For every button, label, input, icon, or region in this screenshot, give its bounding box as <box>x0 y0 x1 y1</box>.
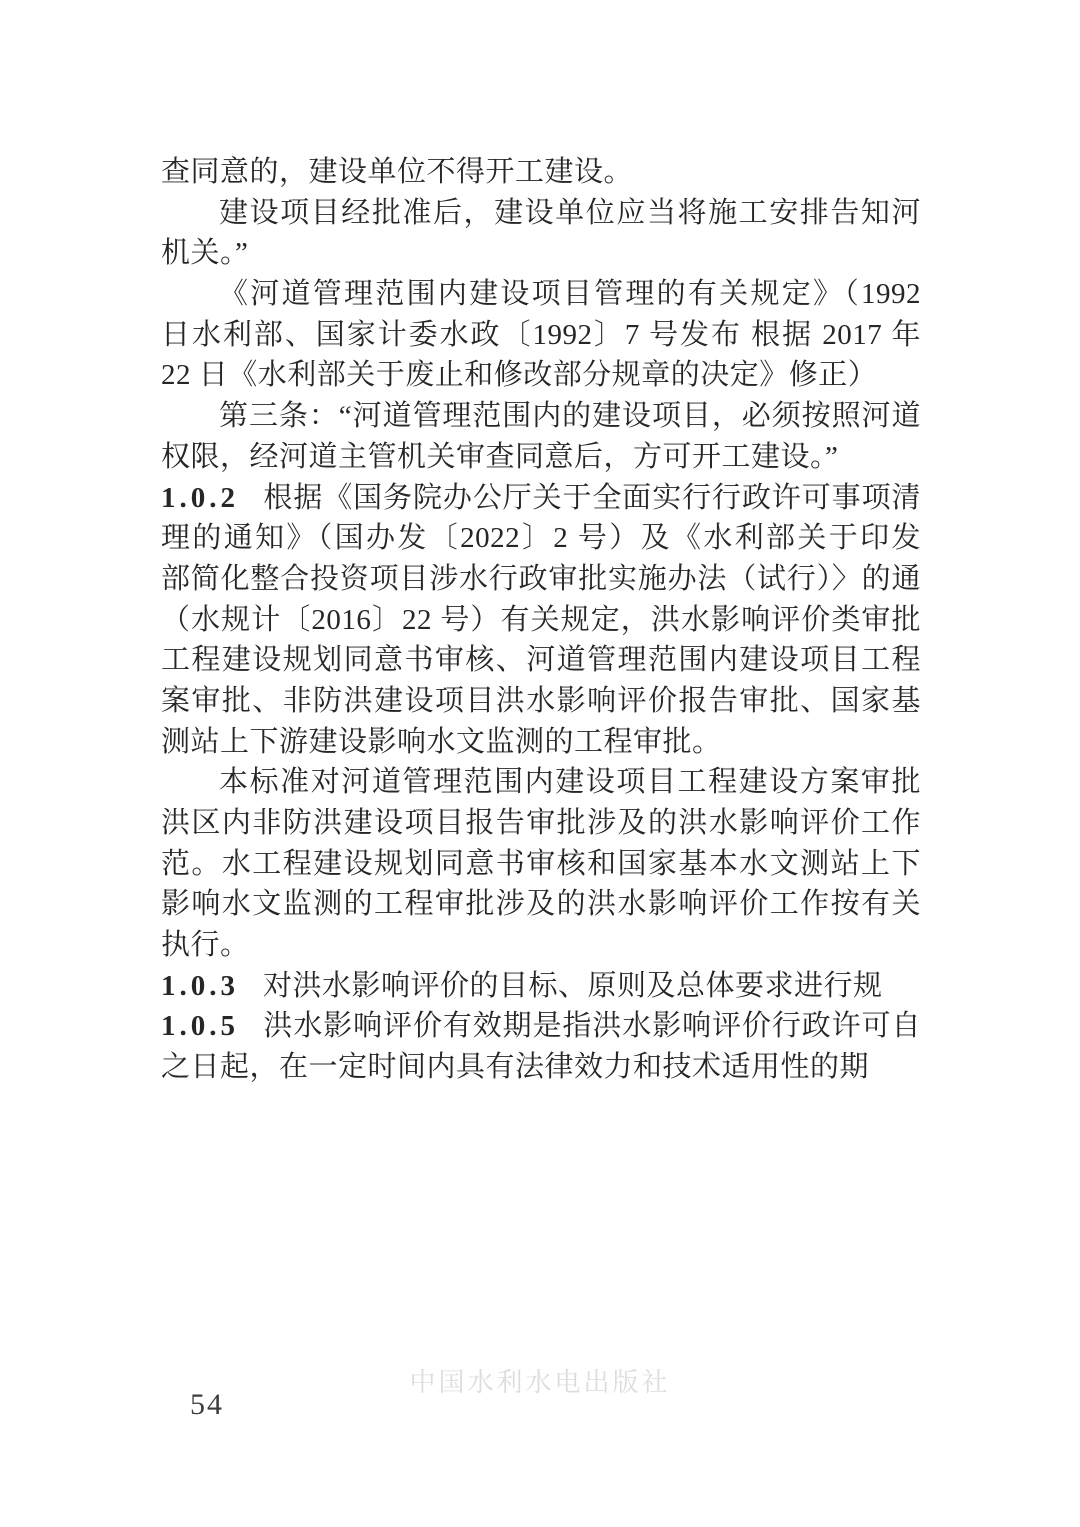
clause-text: 对洪水影响评价的目标、原则及总体要求进行规定。 <box>161 970 883 1007</box>
text-line: 测站上下游建设影响水文监测的工程审批。 <box>161 722 921 763</box>
text-line: （水规计〔2016〕22 号）有关规定，洪水影响评价类审批包括水 <box>161 600 921 641</box>
text-line: 理的通知》（国办发〔2022〕2 号）及《水利部关于印发〈水利 <box>161 518 921 559</box>
text-line: 建设项目经批准后，建设单位应当将施工安排告知河道主管 <box>161 193 921 234</box>
text-line: 执行。 <box>161 925 921 966</box>
text-line: 查同意的，建设单位不得开工建设。 <box>161 152 921 193</box>
text-line: 之日起，在一定时间内具有法律效力和技术适用性的期限。 <box>161 1047 921 1088</box>
text-line: 机关。” <box>161 233 921 274</box>
text-line: 部简化整合投资项目涉水行政审批实施办法（试行）〉的通知》 <box>161 559 921 600</box>
clause-number: 1.0.5 <box>161 1010 239 1042</box>
text-line: 本标准对河道管理范围内建设项目工程建设方案审批和蓄滞 <box>161 762 921 803</box>
text-line: 权限，经河道主管机关审查同意后，方可开工建设。” <box>161 437 921 478</box>
text-line: 第三条：“河道管理范围内的建设项目，必须按照河道管理 <box>161 396 921 437</box>
text-line: 影响水文监测的工程审批涉及的洪水影响评价工作按有关规定 <box>161 884 921 925</box>
clause-number: 1.0.2 <box>161 482 239 514</box>
text-line: 1.0.2根据《国务院办公厅关于全面实行行政许可事项清单管 <box>161 478 921 519</box>
text-line: 案审批、非防洪建设项目洪水影响评价报告审批、国家基本水文 <box>161 681 921 722</box>
page-number: 54 <box>190 1388 224 1422</box>
text-line: 1.0.3对洪水影响评价的目标、原则及总体要求进行规定。 <box>161 966 921 1007</box>
text-line: 工程建设规划同意书审核、河道管理范围内建设项目工程建设方 <box>161 640 921 681</box>
text-line: 日水利部、国家计委水政〔1992〕7 号发布 根据 2017 年 12 月 <box>161 315 921 356</box>
text-line: 范。水工程建设规划同意书审核和国家基本水文测站上下游建设 <box>161 844 921 885</box>
text-line: 洪区内非防洪建设项目报告审批涉及的洪水影响评价工作进行规 <box>161 803 921 844</box>
clause-text: 根据《国务院办公厅关于全面实行行政许可事项清单管 <box>161 482 921 519</box>
text-line: 《河道管理范围内建设项目管理的有关规定》（1992 年 4 月 3 <box>161 274 921 315</box>
document-page: 查同意的，建设单位不得开工建设。建设项目经批准后，建设单位应当将施工安排告知河道… <box>0 0 1080 1527</box>
text-line: 22 日《水利部关于废止和修改部分规章的决定》修正） <box>161 355 921 396</box>
publisher-watermark: 中国水利水电出版社 <box>0 1362 1080 1399</box>
text-line: 1.0.5洪水影响评价有效期是指洪水影响评价行政许可自批准 <box>161 1006 921 1047</box>
clause-text: 洪水影响评价有效期是指洪水影响评价行政许可自批准 <box>161 1010 921 1047</box>
document-body: 查同意的，建设单位不得开工建设。建设项目经批准后，建设单位应当将施工安排告知河道… <box>161 152 921 1088</box>
clause-number: 1.0.3 <box>161 970 239 1002</box>
